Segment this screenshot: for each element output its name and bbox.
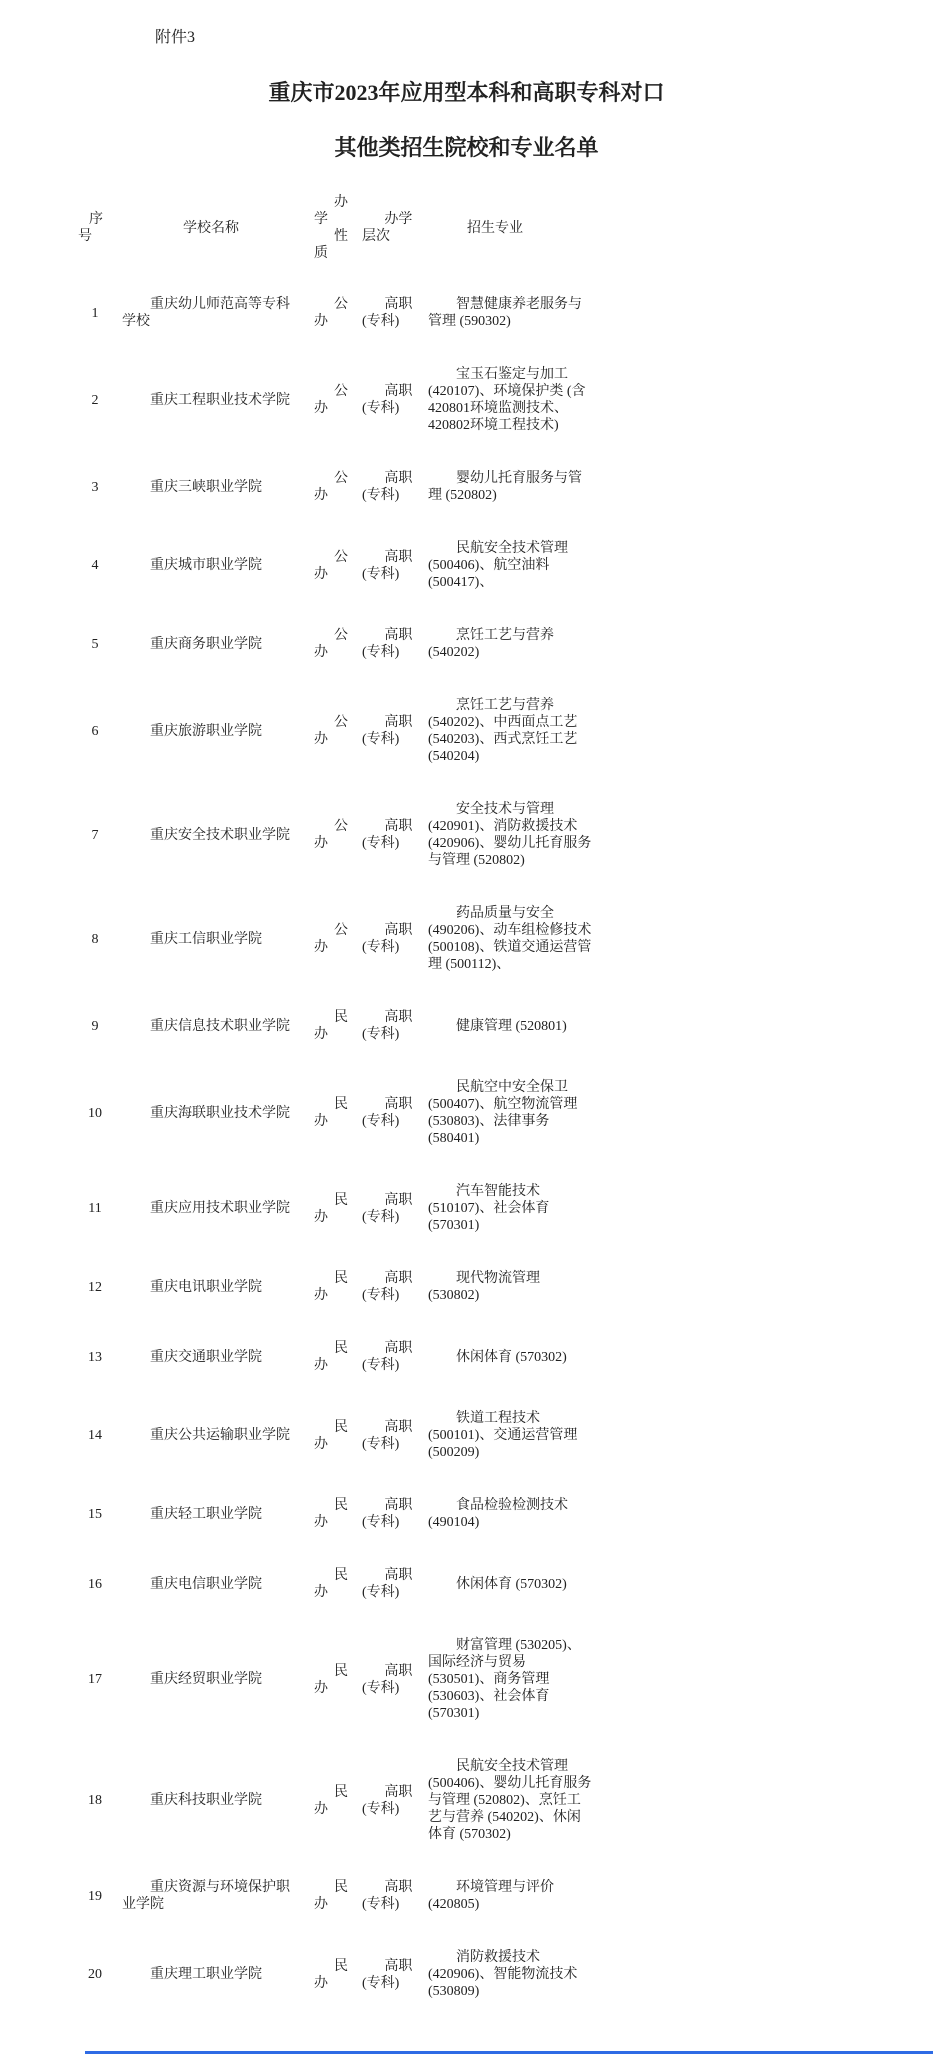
cell-majors: 健康管理 (520801) — [428, 1018, 592, 1035]
cell-school-name: 重庆公共运输职业学院 — [122, 1427, 300, 1444]
cell-index: 9 — [78, 1018, 112, 1035]
document-page: 附件3 重庆市2023年应用型本科和高职专科对口 其他类招生院校和专业名单 序号… — [0, 0, 933, 2054]
cell-index: 1 — [78, 305, 112, 322]
table-row: 18 重庆科技职业学院 民办 高职 (专科) 民航安全技术管理 (500406)… — [78, 1740, 594, 1861]
table-row: 4 重庆城市职业学院 公办 高职 (专科) 民航安全技术管理 (500406)、… — [78, 522, 594, 609]
cell-index: 10 — [78, 1105, 112, 1122]
table-row: 17 重庆经贸职业学院 民办 高职 (专科) 财富管理 (530205)、国际经… — [78, 1619, 594, 1740]
cell-level: 高职 (专科) — [362, 1340, 420, 1374]
cell-majors: 食品检验检测技术 (490104) — [428, 1497, 592, 1531]
cell-majors: 药品质量与安全 (490206)、动车组检修技术 (500108)、铁道交通运营… — [428, 905, 592, 973]
cell-majors: 汽车智能技术 (510107)、社会体育 (570301) — [428, 1183, 592, 1234]
table-row: 15 重庆轻工职业学院 民办 高职 (专科) 食品检验检测技术 (490104) — [78, 1479, 594, 1549]
cell-majors: 铁道工程技术 (500101)、交通运营管理 (500209) — [428, 1410, 592, 1461]
cell-level: 高职 (专科) — [362, 1567, 420, 1601]
cell-level: 高职 (专科) — [362, 922, 420, 956]
header-index: 序号 — [78, 211, 112, 245]
table-body: 1 重庆幼儿师范高等专科学校 公办 高职 (专科) 智慧健康养老服务与管理 (5… — [78, 278, 594, 2018]
cell-school-name: 重庆海联职业技术学院 — [122, 1105, 300, 1122]
cell-majors: 消防救援技术 (420906)、智能物流技术 (530809) — [428, 1949, 592, 2000]
cell-majors: 烹饪工艺与营养 (540202)、中西面点工艺 (540203)、西式烹饪工艺 … — [428, 697, 592, 765]
cell-level: 高职 (专科) — [362, 549, 420, 583]
cell-ownership: 公办 — [314, 818, 360, 852]
cell-index: 20 — [78, 1966, 112, 1983]
table-row: 11 重庆应用技术职业学院 民办 高职 (专科) 汽车智能技术 (510107)… — [78, 1165, 594, 1252]
cell-majors: 烹饪工艺与营养 (540202) — [428, 627, 592, 661]
cell-index: 6 — [78, 723, 112, 740]
table-row: 20 重庆理工职业学院 民办 高职 (专科) 消防救援技术 (420906)、智… — [78, 1931, 594, 2018]
cell-ownership: 公办 — [314, 549, 360, 583]
cell-school-name: 重庆旅游职业学院 — [122, 723, 300, 740]
cell-ownership: 民办 — [314, 1192, 360, 1226]
cell-school-name: 重庆工程职业技术学院 — [122, 392, 300, 409]
cell-school-name: 重庆电信职业学院 — [122, 1576, 300, 1593]
cell-index: 18 — [78, 1792, 112, 1809]
cell-majors: 智慧健康养老服务与管理 (590302) — [428, 296, 592, 330]
cell-ownership: 民办 — [314, 1879, 360, 1913]
cell-majors: 宝玉石鉴定与加工 (420107)、环境保护类 (含420801环境监测技术、4… — [428, 366, 592, 434]
cell-school-name: 重庆安全技术职业学院 — [122, 827, 300, 844]
cell-index: 19 — [78, 1888, 112, 1905]
cell-index: 3 — [78, 479, 112, 496]
cell-index: 12 — [78, 1279, 112, 1296]
table-row: 2 重庆工程职业技术学院 公办 高职 (专科) 宝玉石鉴定与加工 (420107… — [78, 348, 594, 452]
cell-ownership: 民办 — [314, 1958, 360, 1992]
cell-index: 11 — [78, 1200, 112, 1217]
cell-level: 高职 (专科) — [362, 818, 420, 852]
cell-level: 高职 (专科) — [362, 1096, 420, 1130]
cell-index: 2 — [78, 392, 112, 409]
header-school: 学校名称 — [122, 220, 300, 237]
table-row: 16 重庆电信职业学院 民办 高职 (专科) 休闲体育 (570302) — [78, 1549, 594, 1619]
cell-majors: 民航空中安全保卫 (500407)、航空物流管理 (530803)、法律事务 (… — [428, 1079, 592, 1147]
cell-school-name: 重庆经贸职业学院 — [122, 1671, 300, 1688]
cell-ownership: 民办 — [314, 1096, 360, 1130]
cell-majors: 休闲体育 (570302) — [428, 1576, 592, 1593]
cell-level: 高职 (专科) — [362, 1663, 420, 1697]
table-row: 7 重庆安全技术职业学院 公办 高职 (专科) 安全技术与管理 (420901)… — [78, 783, 594, 887]
cell-ownership: 民办 — [314, 1340, 360, 1374]
cell-majors: 环境管理与评价 (420805) — [428, 1879, 592, 1913]
cell-index: 17 — [78, 1671, 112, 1688]
table-row: 12 重庆电讯职业学院 民办 高职 (专科) 现代物流管理 (530802) — [78, 1252, 594, 1322]
cell-school-name: 重庆交通职业学院 — [122, 1349, 300, 1366]
header-majors: 招生专业 — [428, 220, 592, 237]
cell-majors: 现代物流管理 (530802) — [428, 1270, 592, 1304]
cell-index: 14 — [78, 1427, 112, 1444]
document-title-line1: 重庆市2023年应用型本科和高职专科对口 — [0, 79, 933, 107]
cell-school-name: 重庆应用技术职业学院 — [122, 1200, 300, 1217]
cell-ownership: 公办 — [314, 922, 360, 956]
cell-index: 15 — [78, 1506, 112, 1523]
cell-majors: 民航安全技术管理 (500406)、航空油料 (500417)、 — [428, 540, 592, 591]
cell-ownership: 民办 — [314, 1270, 360, 1304]
table-row: 10 重庆海联职业技术学院 民办 高职 (专科) 民航空中安全保卫 (50040… — [78, 1061, 594, 1165]
cell-level: 高职 (专科) — [362, 1497, 420, 1531]
cell-school-name: 重庆科技职业学院 — [122, 1792, 300, 1809]
cell-level: 高职 (专科) — [362, 627, 420, 661]
table-header-row: 序号 学校名称 办学性质 办学 层次 招生专业 — [78, 168, 594, 278]
cell-school-name: 重庆工信职业学院 — [122, 931, 300, 948]
cell-level: 高职 (专科) — [362, 1784, 420, 1818]
cell-ownership: 民办 — [314, 1419, 360, 1453]
header-ownership: 办学性质 — [314, 194, 360, 262]
cell-level: 高职 (专科) — [362, 1958, 420, 1992]
cell-level: 高职 (专科) — [362, 1270, 420, 1304]
cell-ownership: 公办 — [314, 627, 360, 661]
cell-level: 高职 (专科) — [362, 383, 420, 417]
cell-school-name: 重庆资源与环境保护职业学院 — [122, 1879, 300, 1913]
cell-ownership: 民办 — [314, 1663, 360, 1697]
cell-school-name: 重庆理工职业学院 — [122, 1966, 300, 1983]
cell-majors: 婴幼儿托育服务与管理 (520802) — [428, 470, 592, 504]
cell-index: 13 — [78, 1349, 112, 1366]
cell-ownership: 民办 — [314, 1567, 360, 1601]
cell-ownership: 公办 — [314, 383, 360, 417]
table-row: 13 重庆交通职业学院 民办 高职 (专科) 休闲体育 (570302) — [78, 1322, 594, 1392]
cell-majors: 休闲体育 (570302) — [428, 1349, 592, 1366]
table-row: 5 重庆商务职业学院 公办 高职 (专科) 烹饪工艺与营养 (540202) — [78, 609, 594, 679]
cell-majors: 民航安全技术管理 (500406)、婴幼儿托育服务与管理 (520802)、烹饪… — [428, 1758, 592, 1843]
table-row: 1 重庆幼儿师范高等专科学校 公办 高职 (专科) 智慧健康养老服务与管理 (5… — [78, 278, 594, 348]
cell-index: 5 — [78, 636, 112, 653]
cell-school-name: 重庆城市职业学院 — [122, 557, 300, 574]
cell-school-name: 重庆幼儿师范高等专科学校 — [122, 296, 300, 330]
cell-ownership: 公办 — [314, 296, 360, 330]
table-row: 14 重庆公共运输职业学院 民办 高职 (专科) 铁道工程技术 (500101)… — [78, 1392, 594, 1479]
header-level: 办学 层次 — [362, 211, 420, 245]
cell-index: 7 — [78, 827, 112, 844]
cell-level: 高职 (专科) — [362, 296, 420, 330]
cell-level: 高职 (专科) — [362, 714, 420, 748]
cell-majors: 安全技术与管理 (420901)、消防救援技术 (420906)、婴幼儿托育服务… — [428, 801, 592, 869]
cell-level: 高职 (专科) — [362, 1879, 420, 1913]
cell-level: 高职 (专科) — [362, 1192, 420, 1226]
cell-index: 4 — [78, 557, 112, 574]
cell-index: 16 — [78, 1576, 112, 1593]
cell-ownership: 民办 — [314, 1009, 360, 1043]
cell-school-name: 重庆三峡职业学院 — [122, 479, 300, 496]
table-row: 19 重庆资源与环境保护职业学院 民办 高职 (专科) 环境管理与评价 (420… — [78, 1861, 594, 1931]
table-row: 3 重庆三峡职业学院 公办 高职 (专科) 婴幼儿托育服务与管理 (520802… — [78, 452, 594, 522]
cell-majors: 财富管理 (530205)、国际经济与贸易 (530501)、商务管理 (530… — [428, 1637, 592, 1722]
document-title-line2: 其他类招生院校和专业名单 — [0, 134, 933, 162]
cell-ownership: 民办 — [314, 1497, 360, 1531]
cell-level: 高职 (专科) — [362, 1419, 420, 1453]
table-row: 8 重庆工信职业学院 公办 高职 (专科) 药品质量与安全 (490206)、动… — [78, 887, 594, 991]
cell-ownership: 公办 — [314, 714, 360, 748]
cell-school-name: 重庆商务职业学院 — [122, 636, 300, 653]
cell-ownership: 民办 — [314, 1784, 360, 1818]
table-row: 9 重庆信息技术职业学院 民办 高职 (专科) 健康管理 (520801) — [78, 991, 594, 1061]
cell-school-name: 重庆电讯职业学院 — [122, 1279, 300, 1296]
cell-level: 高职 (专科) — [362, 470, 420, 504]
attachment-label: 附件3 — [155, 0, 933, 48]
cell-index: 8 — [78, 931, 112, 948]
cell-school-name: 重庆信息技术职业学院 — [122, 1018, 300, 1035]
cell-ownership: 公办 — [314, 470, 360, 504]
cell-level: 高职 (专科) — [362, 1009, 420, 1043]
cell-school-name: 重庆轻工职业学院 — [122, 1506, 300, 1523]
admission-table: 序号 学校名称 办学性质 办学 层次 招生专业 1 重庆幼儿师范高等专科学校 公… — [78, 168, 594, 2018]
table-row: 6 重庆旅游职业学院 公办 高职 (专科) 烹饪工艺与营养 (540202)、中… — [78, 679, 594, 783]
